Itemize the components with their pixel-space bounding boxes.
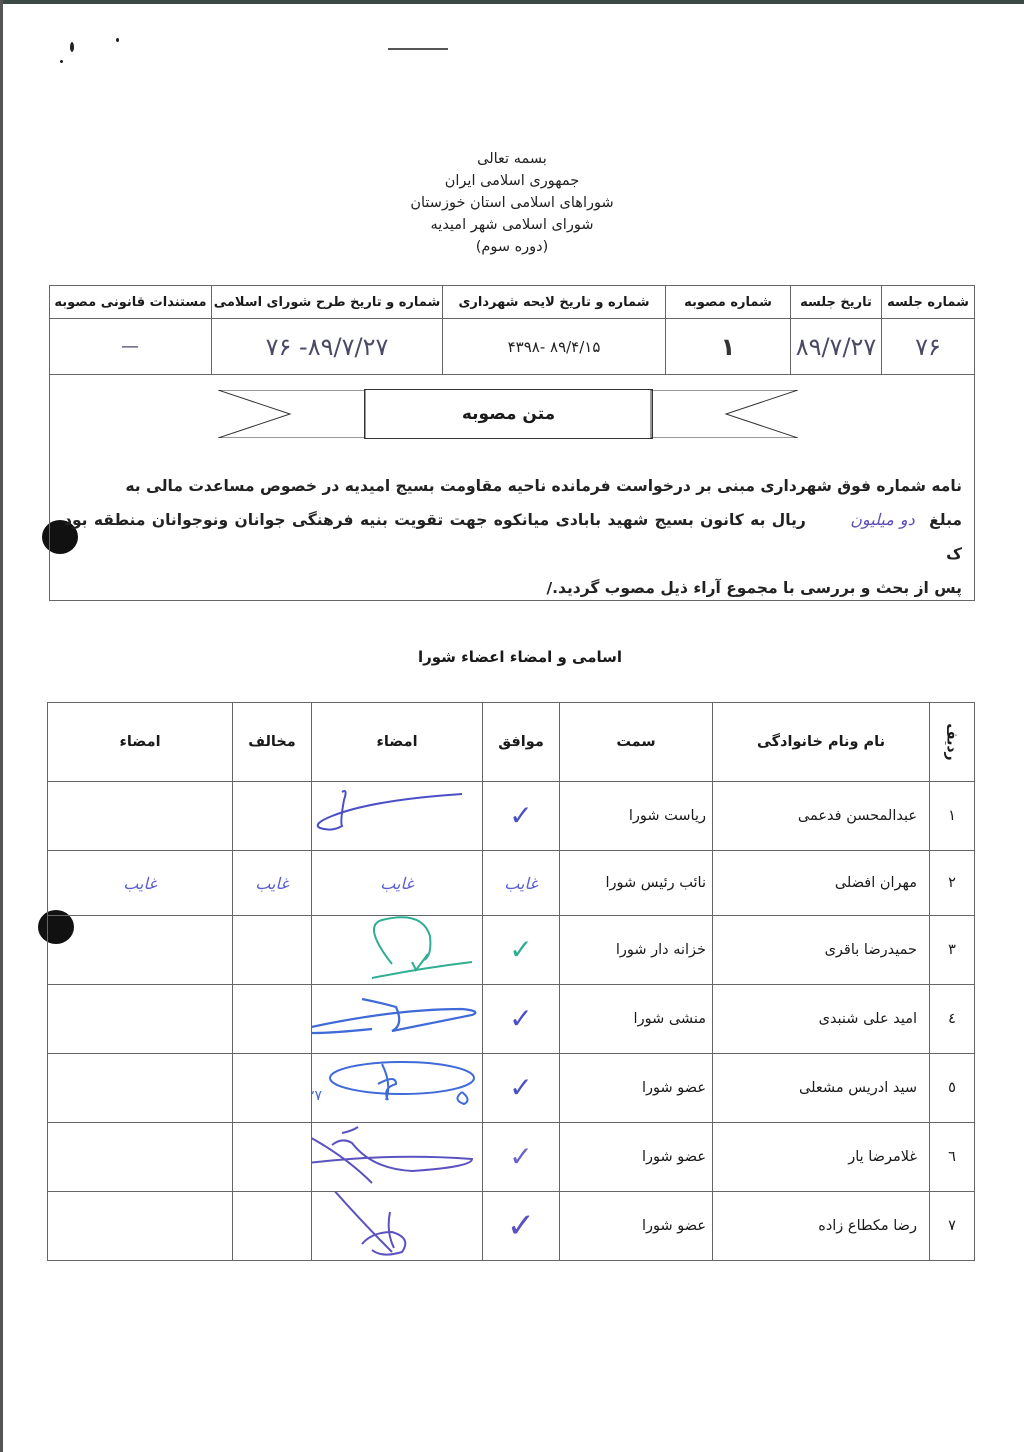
scan-speck (70, 42, 74, 52)
signature (312, 916, 483, 985)
signature-icon (312, 985, 482, 1049)
col-session-number: شماره جلسه (882, 286, 975, 319)
resolution-line-3: پس از بحث و بررسی با مجموع آراء ذیل مصوب… (64, 571, 962, 605)
resolution-text-title: متن مصوبه (364, 389, 653, 439)
signature-icon (312, 1123, 482, 1187)
member-name: امید علی شنبدی (713, 985, 930, 1054)
invocation: بسمه تعالی (362, 148, 662, 170)
signature (312, 782, 483, 851)
col-disagree: مخالف (233, 703, 312, 782)
member-name: مهران افضلی (713, 851, 930, 916)
check-mark-icon: ✓ (507, 1206, 536, 1246)
col-position: سمت (560, 703, 713, 782)
scan-speck (60, 60, 63, 63)
row-index: ٦ (930, 1123, 975, 1192)
resolution-line-1: نامه شماره فوق شهرداری مبنی بر درخواست ف… (64, 469, 962, 503)
table-row: ۳ حمیدرضا باقری خزانه دار شورا ✓ (48, 916, 975, 985)
signature: ۸۹/۷/۲۷ (312, 1054, 483, 1123)
signature-icon (312, 916, 482, 980)
row-index: ۱ (930, 782, 975, 851)
col-council-plan: شماره و تاریخ طرح شورای اسلامی (212, 286, 443, 319)
resolution-text-box: متن مصوبه نامه شماره فوق شهرداری مبنی بر… (49, 375, 975, 601)
session-date: ۸۹/۷/۲۷ (791, 319, 882, 375)
member-role: عضو شورا (560, 1123, 713, 1192)
row-index: ٤ (930, 985, 975, 1054)
col-agree: موافق (483, 703, 560, 782)
signature-icon (312, 782, 482, 846)
col-agree-signature: امضاء (312, 703, 483, 782)
row-index: ۷ (930, 1192, 975, 1261)
council-plan-ref: ۸۹/۷/۲۷- ۷۶ (212, 319, 443, 375)
check-mark-icon: ✓ (509, 933, 532, 966)
member-name: سید ادریس مشعلی (713, 1054, 930, 1123)
col-municipality-bill: شماره و تاریخ لایحه شهرداری (443, 286, 666, 319)
member-role: عضو شورا (560, 1192, 713, 1261)
absent-mark: غایب (123, 874, 156, 893)
city-council: شورای اسلامی شهر امیدیه (362, 214, 662, 236)
col-full-name: نام ونام خانوادگی (713, 703, 930, 782)
table-row: ۷ رضا مکطاع زاده عضو شورا ✓ (48, 1192, 975, 1261)
handwritten-amount: دو میلیون (850, 510, 915, 529)
table-row: ٥ سید ادریس مشعلی عضو شورا ✓ ۸۹/۷/۲۷ (48, 1054, 975, 1123)
session-number: ۷۶ (882, 319, 975, 375)
member-role: منشی شورا (560, 985, 713, 1054)
resolution-info-table: شماره جلسه تاریخ جلسه شماره مصوبه شماره … (49, 285, 975, 375)
signature-icon: ۸۹/۷/۲۷ (312, 1054, 482, 1118)
resolution-number: ۱ (666, 319, 791, 375)
member-role: ریاست شورا (560, 782, 713, 851)
resolution-body: نامه شماره فوق شهرداری مبنی بر درخواست ف… (64, 469, 962, 605)
members-title: اسامی و امضاء اعضاء شورا (360, 648, 680, 666)
document-header: بسمه تعالی جمهوری اسلامی ایران شوراهای ا… (362, 148, 662, 258)
member-name: عبدالمحسن فدعمی (713, 782, 930, 851)
country-name: جمهوری اسلامی ایران (362, 170, 662, 192)
scan-dash-mark (388, 48, 448, 50)
member-role: نائب رئیس شورا (560, 851, 713, 916)
municipality-bill-ref: ۸۹/۴/۱۵ -۴۳۹۸ (443, 319, 666, 375)
scan-top-edge (0, 0, 1024, 4)
member-name: غلامرضا یار (713, 1123, 930, 1192)
col-legal-basis: مستندات قانونی مصوبه (50, 286, 212, 319)
member-role: عضو شورا (560, 1054, 713, 1123)
member-name: رضا مکطاع زاده (713, 1192, 930, 1261)
col-row-number: ردیف (930, 703, 975, 782)
provincial-councils: شوراهای اسلامی استان خوزستان (362, 192, 662, 214)
absent-mark: غایب (504, 874, 537, 893)
absent-mark: غایب (380, 874, 413, 893)
table-row: ۲ مهران افضلی نائب رئیس شورا غایب غایب غ… (48, 851, 975, 916)
col-disagree-signature: امضاء (48, 703, 233, 782)
resolution-line-2-rest: ریال به کانون بسیج شهید بابادی میانکوه ج… (64, 511, 962, 563)
council-term: (دوره سوم) (362, 236, 662, 258)
members-table: ردیف نام ونام خانوادگی سمت موافق امضاء م… (47, 702, 975, 1261)
table-row: ۱ عبدالمحسن فدعمی ریاست شورا ✓ (48, 782, 975, 851)
signature-icon (312, 1192, 482, 1256)
amount-label: مبلغ (929, 511, 962, 529)
resolution-line-2: مبلغ دو میلیون ریال به کانون بسیج شهید ب… (64, 503, 962, 571)
member-role: خزانه دار شورا (560, 916, 713, 985)
scan-left-edge (0, 0, 3, 1452)
signature (312, 985, 483, 1054)
check-mark-icon: ✓ (509, 799, 532, 832)
col-resolution-number: شماره مصوبه (666, 286, 791, 319)
scan-speck (116, 38, 119, 42)
absent-mark: غایب (255, 874, 288, 893)
check-mark-icon: ✓ (509, 1071, 532, 1104)
legal-basis: — (50, 319, 212, 375)
row-index: ٥ (930, 1054, 975, 1123)
check-mark-icon: ✓ (509, 1140, 532, 1173)
table-row: ٦ غلامرضا یار عضو شورا ✓ (48, 1123, 975, 1192)
signature (312, 1123, 483, 1192)
check-mark-icon: ✓ (509, 1002, 532, 1035)
member-name: حمیدرضا باقری (713, 916, 930, 985)
table-row: ٤ امید علی شنبدی منشی شورا ✓ (48, 985, 975, 1054)
row-index: ۲ (930, 851, 975, 916)
signature-date-note: ۸۹/۷/۲۷ (312, 1088, 322, 1104)
row-index: ۳ (930, 916, 975, 985)
col-session-date: تاریخ جلسه (791, 286, 882, 319)
signature (312, 1192, 483, 1261)
